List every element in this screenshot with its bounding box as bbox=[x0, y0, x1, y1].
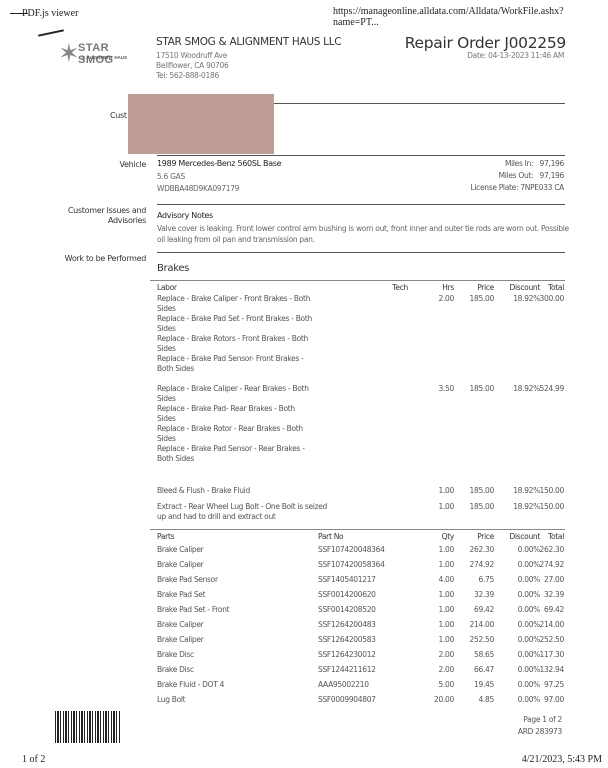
part-row-price: 19.45 bbox=[456, 680, 494, 689]
advisories-label-line1: Customer Issues and bbox=[60, 206, 146, 216]
divider bbox=[157, 155, 565, 156]
page-info: Page 1 of 2 ARD 283973 bbox=[518, 714, 562, 738]
labor-header-total: Total bbox=[528, 283, 564, 292]
logo-text: STAR SMOG bbox=[78, 42, 144, 66]
divider bbox=[150, 280, 565, 281]
repair-order-title: Repair Order J002259 bbox=[405, 34, 566, 52]
part-row-qty: 1.00 bbox=[428, 560, 454, 569]
part-row-total: 262.30 bbox=[528, 545, 564, 554]
part-row-name: Brake Pad Set - Front bbox=[157, 605, 229, 614]
miles-out-value: 97,196 bbox=[540, 171, 564, 180]
part-row-qty: 4.00 bbox=[428, 575, 454, 584]
shop-name: STAR SMOG & ALIGNMENT HAUS LLC bbox=[156, 36, 341, 48]
part-row-total: 252.50 bbox=[528, 635, 564, 644]
star-icon: ✶ bbox=[58, 40, 80, 66]
labor-row-total: 524.99 bbox=[528, 384, 564, 393]
part-row-number: SSF0014200620 bbox=[318, 590, 376, 599]
labor-line: Extract - Rear Wheel Lug Bolt - One Bolt… bbox=[157, 502, 337, 522]
labor-row-hrs: 2.00 bbox=[428, 294, 454, 303]
part-row-name: Brake Disc bbox=[157, 665, 194, 674]
labor-row-hrs: 1.00 bbox=[428, 486, 454, 495]
shop-logo: ✶ STAR SMOG & ALIGNMENT HAUS bbox=[58, 40, 144, 68]
labor-header-hrs: Hrs bbox=[428, 283, 454, 292]
labor-row-description: Bleed & Flush - Brake Fluid bbox=[157, 486, 315, 496]
labor-line: Replace - Brake Pad Sensor - Rear Brakes… bbox=[157, 444, 315, 464]
viewer-title: PDF.js viewer bbox=[22, 8, 78, 19]
labor-row-total: 150.00 bbox=[528, 486, 564, 495]
parts-header-partno: Part No bbox=[318, 532, 343, 541]
parts-header-price: Price bbox=[456, 532, 494, 541]
customer-label: Cust bbox=[110, 111, 127, 120]
labor-line: Replace - Brake Pad Set - Front Brakes -… bbox=[157, 314, 315, 334]
part-row-price: 274.92 bbox=[456, 560, 494, 569]
vehicle-engine: 5.6 GAS bbox=[157, 171, 239, 183]
parts-header-name: Parts bbox=[157, 532, 174, 541]
labor-header-description: Labor bbox=[157, 283, 177, 292]
address-line1: 17510 Woodruff Ave bbox=[156, 51, 228, 61]
logo-subtext: & ALIGNMENT HAUS bbox=[82, 55, 127, 60]
part-row-total: 274.92 bbox=[528, 560, 564, 569]
part-row-price: 214.00 bbox=[456, 620, 494, 629]
part-row-total: 69.42 bbox=[528, 605, 564, 614]
part-row-qty: 1.00 bbox=[428, 620, 454, 629]
part-row-number: AAA95002210 bbox=[318, 680, 369, 689]
labor-line: Bleed & Flush - Brake Fluid bbox=[157, 486, 315, 496]
parts-header-total: Total bbox=[528, 532, 564, 541]
part-row-name: Brake Caliper bbox=[157, 635, 203, 644]
labor-line: Replace - Brake Rotors - Front Brakes - … bbox=[157, 334, 315, 354]
part-row-name: Brake Caliper bbox=[157, 560, 203, 569]
page-number: Page 1 of 2 bbox=[518, 714, 562, 726]
part-row-number: SSF107420048364 bbox=[318, 545, 385, 554]
vehicle-label: Vehicle bbox=[80, 160, 146, 169]
labor-line: Replace - Brake Pad- Rear Brakes - Both … bbox=[157, 404, 315, 424]
advisory-notes-text: Valve cover is leaking. Front lower cont… bbox=[157, 223, 577, 245]
vehicle-details: 5.6 GAS WDBBA48D9KA097179 bbox=[157, 171, 239, 195]
license-plate: License Plate: 7NPE033 CA bbox=[470, 182, 564, 194]
part-row-total: 32.39 bbox=[528, 590, 564, 599]
part-row-number: SSF107420058364 bbox=[318, 560, 385, 569]
viewer-title-text: PDF.js viewer bbox=[22, 8, 78, 19]
advisories-label: Customer Issues and Advisories bbox=[60, 206, 146, 226]
miles-in: Miles In: 97,196 bbox=[470, 158, 564, 170]
divider bbox=[270, 103, 565, 104]
part-row-price: 32.39 bbox=[456, 590, 494, 599]
part-row-name: Brake Caliper bbox=[157, 620, 203, 629]
pdf-page-counter: 1 of 2 bbox=[22, 754, 45, 765]
advisory-notes-title: Advisory Notes bbox=[157, 211, 213, 220]
part-row-number: SSF0014208520 bbox=[318, 605, 376, 614]
labor-row-description: Replace - Brake Caliper - Rear Brakes - … bbox=[157, 384, 315, 464]
part-row-qty: 20.00 bbox=[428, 695, 454, 704]
mileage-block: Miles In: 97,196 Miles Out: 97,196 Licen… bbox=[470, 158, 564, 194]
part-row-price: 66.47 bbox=[456, 665, 494, 674]
address-line2: Bellflower, CA 90706 bbox=[156, 61, 228, 71]
advisories-label-line2: Advisories bbox=[60, 216, 146, 226]
divider bbox=[157, 252, 565, 253]
labor-row-total: 150.00 bbox=[528, 502, 564, 511]
barcode bbox=[55, 711, 121, 743]
divider bbox=[150, 529, 565, 530]
part-row-number: SSF1264230012 bbox=[318, 650, 376, 659]
part-row-name: Brake Disc bbox=[157, 650, 194, 659]
vehicle-name: 1989 Mercedes-Benz 560SL Base bbox=[157, 159, 281, 168]
labor-header-price: Price bbox=[456, 283, 494, 292]
labor-row-description: Extract - Rear Wheel Lug Bolt - One Bolt… bbox=[157, 502, 337, 522]
ard-number: ARD 283973 bbox=[518, 726, 562, 738]
work-label: Work to be Performed bbox=[40, 254, 146, 263]
part-row-total: 132.94 bbox=[528, 665, 564, 674]
part-row-name: Brake Pad Set bbox=[157, 590, 205, 599]
repair-order-date: Date: 04-13-2023 11:46 AM bbox=[467, 51, 564, 60]
part-row-qty: 1.00 bbox=[428, 590, 454, 599]
redacted-customer-info bbox=[128, 94, 274, 154]
part-row-total: 27.00 bbox=[528, 575, 564, 584]
part-row-price: 6.75 bbox=[456, 575, 494, 584]
part-row-name: Lug Bolt bbox=[157, 695, 185, 704]
labor-row-price: 185.00 bbox=[456, 502, 494, 511]
labor-row-total: 300.00 bbox=[528, 294, 564, 303]
part-row-number: SSF1405401217 bbox=[318, 575, 376, 584]
print-datetime: 4/21/2023, 5:43 PM bbox=[522, 754, 602, 765]
divider bbox=[157, 204, 565, 205]
labor-row-price: 185.00 bbox=[456, 384, 494, 393]
part-row-price: 58.65 bbox=[456, 650, 494, 659]
part-row-number: SSF0009904807 bbox=[318, 695, 376, 704]
part-row-qty: 5.00 bbox=[428, 680, 454, 689]
miles-in-label: Miles In: bbox=[505, 159, 533, 168]
part-row-total: 117.30 bbox=[528, 650, 564, 659]
miles-in-value: 97,196 bbox=[540, 159, 564, 168]
parts-header-qty: Qty bbox=[428, 532, 454, 541]
labor-line: Replace - Brake Pad Sensor- Front Brakes… bbox=[157, 354, 315, 374]
part-row-total: 214.00 bbox=[528, 620, 564, 629]
part-row-qty: 1.00 bbox=[428, 605, 454, 614]
section-title: Brakes bbox=[157, 263, 189, 274]
labor-line: Replace - Brake Caliper - Rear Brakes - … bbox=[157, 384, 315, 404]
page-url: https://manageonline.alldata.com/Alldata… bbox=[333, 6, 608, 28]
part-row-price: 262.30 bbox=[456, 545, 494, 554]
part-row-number: SSF1244211612 bbox=[318, 665, 376, 674]
labor-line: Replace - Brake Caliper - Front Brakes -… bbox=[157, 294, 315, 314]
labor-row-price: 185.00 bbox=[456, 294, 494, 303]
labor-line: Replace - Brake Rotor - Rear Brakes - Bo… bbox=[157, 424, 315, 444]
labor-row-hrs: 3.50 bbox=[428, 384, 454, 393]
part-row-qty: 1.00 bbox=[428, 545, 454, 554]
pen-mark bbox=[38, 29, 64, 36]
part-row-price: 4.85 bbox=[456, 695, 494, 704]
labor-row-description: Replace - Brake Caliper - Front Brakes -… bbox=[157, 294, 315, 374]
part-row-total: 97.25 bbox=[528, 680, 564, 689]
labor-header-tech: Tech bbox=[380, 283, 408, 292]
part-row-number: SSF1264200483 bbox=[318, 620, 376, 629]
part-row-number: SSF1264200583 bbox=[318, 635, 376, 644]
labor-row-price: 185.00 bbox=[456, 486, 494, 495]
part-row-qty: 2.00 bbox=[428, 650, 454, 659]
part-row-name: Brake Caliper bbox=[157, 545, 203, 554]
part-row-qty: 2.00 bbox=[428, 665, 454, 674]
shop-phone: Tel: 562-888-0186 bbox=[156, 71, 228, 81]
part-row-total: 97.00 bbox=[528, 695, 564, 704]
miles-out-label: Miles Out: bbox=[499, 171, 534, 180]
part-row-price: 252.50 bbox=[456, 635, 494, 644]
miles-out: Miles Out: 97,196 bbox=[470, 170, 564, 182]
part-row-name: Brake Fluid - DOT 4 bbox=[157, 680, 224, 689]
part-row-price: 69.42 bbox=[456, 605, 494, 614]
vehicle-vin: WDBBA48D9KA097179 bbox=[157, 183, 239, 195]
shop-address: 17510 Woodruff Ave Bellflower, CA 90706 … bbox=[156, 51, 228, 81]
part-row-name: Brake Pad Sensor bbox=[157, 575, 218, 584]
part-row-qty: 1.00 bbox=[428, 635, 454, 644]
labor-row-hrs: 1.00 bbox=[428, 502, 454, 511]
